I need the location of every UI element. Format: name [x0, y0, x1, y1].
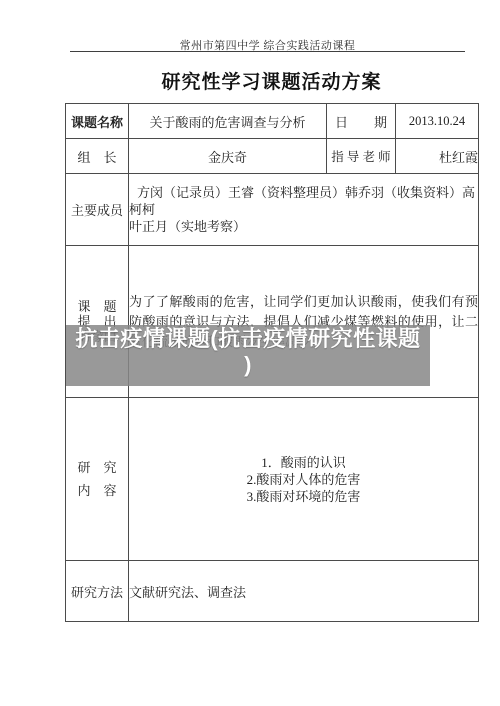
method-value: 文献研究法、调查法 — [129, 561, 479, 622]
method-label: 研究方法 — [66, 561, 129, 622]
content-value: 1．酸雨的认识 2.酸雨对人体的危害 3.酸雨对环境的危害 — [129, 398, 479, 561]
advisor-label: 指 导 老 师 — [327, 139, 396, 174]
topic-name-label: 课题名称 — [66, 104, 129, 139]
watermark-banner: 抗击疫情课题(抗击疫情研究性课题 ) — [66, 325, 430, 386]
watermark-line-2: ) — [244, 352, 252, 378]
table-row: 研究方法 文献研究法、调查法 — [66, 561, 479, 622]
content-item-1: 1．酸雨的认识 — [129, 454, 478, 471]
members-label: 主要成员 — [66, 174, 129, 246]
table-row: 研 究 内 容 1．酸雨的认识 2.酸雨对人体的危害 3.酸雨对环境的危害 — [66, 398, 479, 561]
topic-name-value: 关于酸雨的危害调查与分析 — [129, 104, 327, 139]
advisor-value: 杜红霞 — [396, 139, 479, 174]
content-label-line-1: 研 究 — [66, 460, 128, 476]
members-value: 方闵（记录员）王睿（资料整理员）韩乔羽（收集资料）高柯柯 叶正月（实地考察） — [129, 174, 479, 246]
leader-label: 组 长 — [66, 139, 129, 174]
date-label: 日 期 — [327, 104, 396, 139]
table-row: 课题名称 关于酸雨的危害调查与分析 日 期 2013.10.24 — [66, 104, 479, 139]
content-item-3: 3.酸雨对环境的危害 — [129, 488, 478, 505]
table-row: 组 长 金庆奇 指 导 老 师 杜红霞 — [66, 139, 479, 174]
content-item-2: 2.酸雨对人体的危害 — [129, 471, 478, 488]
members-line-2: 叶正月（实地考察） — [129, 218, 478, 235]
reason-label-line-1: 课 题 — [66, 299, 128, 314]
header-divider-line — [70, 51, 465, 52]
leader-value: 金庆奇 — [129, 139, 327, 174]
content-label-line-2: 内 容 — [66, 483, 128, 499]
table-row: 主要成员 方闵（记录员）王睿（资料整理员）韩乔羽（收集资料）高柯柯 叶正月（实地… — [66, 174, 479, 246]
document-page: { "page": { "header": "常州市第四中学 综合实践活动课程"… — [0, 0, 500, 706]
members-line-1: 方闵（记录员）王睿（资料整理员）韩乔羽（收集资料）高柯柯 — [129, 184, 478, 218]
content-label: 研 究 内 容 — [66, 398, 129, 561]
watermark-line-1: 抗击疫情课题(抗击疫情研究性课题 — [75, 326, 420, 352]
page-title: 研究性学习课题活动方案 — [65, 67, 478, 94]
date-value: 2013.10.24 — [396, 104, 479, 139]
